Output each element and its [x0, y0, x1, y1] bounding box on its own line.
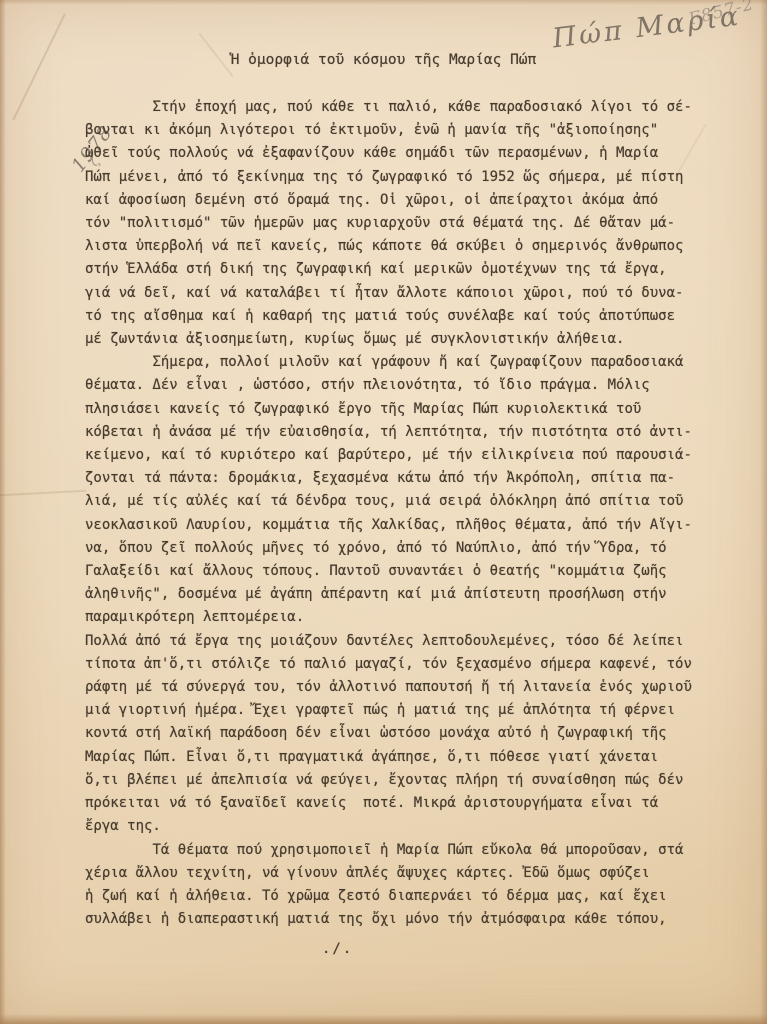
- document-title: Ἡ ὁμορφιά τοῦ κόσμου τῆς Μαρίας Πώπ: [0, 52, 767, 68]
- continuation-mark: ./.: [322, 941, 353, 957]
- paragraph-3: Πολλά ἀπό τά ἔργα της μοιάζουν δαντέλες …: [85, 630, 733, 839]
- scan-edge-left: [0, 0, 6, 1024]
- paragraph-1: Στήν ἐποχή μας, πού κάθε τι παλιό, κάθε …: [85, 96, 733, 351]
- scan-edge-top: [0, 0, 767, 5]
- paragraph-2: Σήμερα, πολλοί μιλοῦν καί γράφουν ἤ καί …: [85, 351, 733, 629]
- paper-fold-mark: [0, 490, 86, 496]
- paragraph-4: Τά θέματα πού χρησιμοποιεῖ ἡ Μαρία Πώπ ε…: [85, 839, 733, 932]
- scan-edge-bottom: [0, 1014, 767, 1024]
- document-body: Στήν ἐποχή μας, πού κάθε τι παλιό, κάθε …: [85, 96, 733, 931]
- scanned-typewritten-page: Πώπ Μαρία F857-2 1978 Ἡ ὁμορφιά τοῦ κόσμ…: [0, 0, 767, 1024]
- scan-edge-right: [760, 0, 767, 1024]
